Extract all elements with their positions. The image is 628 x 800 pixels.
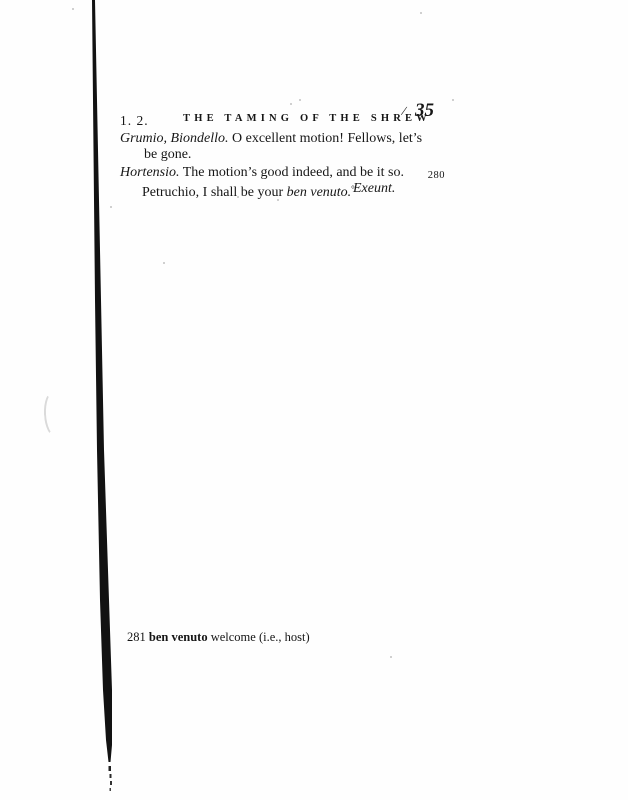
dialogue-text: be gone. xyxy=(144,147,191,162)
scan-speck xyxy=(452,99,454,101)
scan-speck xyxy=(110,206,112,208)
spine-fragment xyxy=(110,788,112,791)
running-head-title: THE TAMING OF THE SHREW xyxy=(183,113,431,124)
scan-speck xyxy=(420,12,422,14)
speaker-name: Grumio, Biondello. xyxy=(120,131,229,146)
foreign-phrase: ben venuto. xyxy=(287,185,352,200)
dialogue-line: be gone. xyxy=(120,147,447,163)
scan-speck xyxy=(299,99,301,101)
dialogue-line: Petruchio, I shall be your ben venuto.° … xyxy=(120,181,447,201)
scan-speck xyxy=(290,103,292,105)
scanned-book-page: 1. 2. THE TAMING OF THE SHREW / 35 Grumi… xyxy=(0,0,628,800)
dialogue-line: Hortensio. The motion’s good indeed, and… xyxy=(120,165,447,181)
speaker-name: Hortensio. xyxy=(120,165,180,180)
scan-speck xyxy=(163,262,165,264)
scan-speck xyxy=(72,8,74,10)
footnote-definition: welcome (i.e., host) xyxy=(211,630,310,644)
dialogue-text: Petruchio, I shall be your xyxy=(142,185,283,200)
scan-speck xyxy=(390,656,392,658)
footnote: 281 ben venuto welcome (i.e., host) xyxy=(127,630,310,645)
spine-fragment xyxy=(110,781,112,785)
page-number: 35 xyxy=(415,100,434,122)
footnote-term: ben venuto xyxy=(149,630,208,644)
footnote-line-number: 281 xyxy=(127,630,146,644)
dialogue-text: The motion’s good indeed, and be it so. xyxy=(183,165,404,180)
dialogue-text: O excellent motion! Fellows, let’s xyxy=(232,131,422,146)
spine-fragment xyxy=(110,774,112,778)
spine-fragment xyxy=(109,766,112,771)
dialogue-block: Grumio, Biondello. O excellent motion! F… xyxy=(120,131,447,202)
stage-direction: Exeunt. xyxy=(353,181,395,197)
act-scene-label: 1. 2. xyxy=(120,113,149,129)
dialogue-line: Grumio, Biondello. O excellent motion! F… xyxy=(120,131,447,147)
